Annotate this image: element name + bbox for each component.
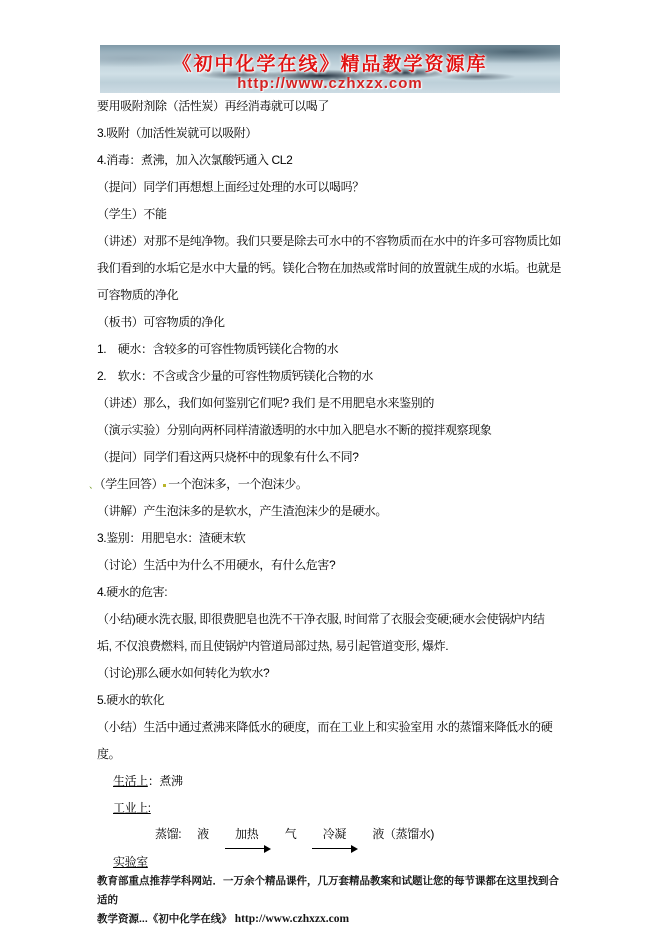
underlined-text-run: 实验室 — [113, 855, 148, 869]
document-line: （讨论）生活中为什么不用硬水，有什么危害? — [97, 552, 567, 579]
document-line: （小结)硬水洗衣服, 即很费肥皂也洗不干净衣服, 时间常了衣服会变硬;硬水会使锅… — [97, 606, 567, 633]
document-line: （讨论)那么硬水如何转化为软水? — [97, 660, 567, 687]
document-line: 垢, 不仅浪费燃料, 而且使锅炉内管道局部过热, 易引起管道变形, 爆炸. — [97, 633, 567, 660]
text-run: 3.鉴别：用肥皂水：渣硬末软 — [97, 531, 245, 545]
text-run: （演示实验）分别向两杯同样清澈透明的水中加入肥皂水不断的搅拌观察现象 — [97, 423, 491, 437]
document-line: 要用吸附剂除（活性炭）再经消毒就可以喝了 — [97, 93, 567, 120]
document-line: 4.硬水的危害: — [97, 579, 567, 606]
text-run: 我们看到的水垢它是水中大量的钙。镁化合物在加热或常时间的放置就生成的水垢。也就是 — [97, 261, 561, 275]
distill-step: 冷凝 — [312, 827, 356, 849]
document-line: （讲述）那么，我们如何鉴别它们呢? 我们 是不用肥皂水来鉴别的 — [97, 390, 567, 417]
document-line: 1. 硬水：含较多的可容性物质钙镁化合物的水 — [97, 336, 567, 363]
document-line: （学生）不能 — [97, 201, 567, 228]
site-banner-image: 《初中化学在线》精品教学资源库 http://www.czhxzx.com — [100, 45, 560, 93]
right-arrow-icon — [312, 848, 356, 849]
document-line: （提问）同学们再想想上面经过处理的水可以喝吗？ — [97, 174, 567, 201]
document-line: 3.鉴别：用肥皂水：渣硬末软 — [97, 525, 567, 552]
underlined-text-run: 生活上 — [113, 774, 148, 788]
text-run: ：煮沸 — [148, 774, 183, 788]
footer-line-2: 教学资源...《初中化学在线》 http://www.czhxzx.com — [97, 910, 569, 929]
distill-state-label: 气 — [285, 827, 297, 842]
document-line: 3.吸附（加活性炭就可以吸附） — [97, 120, 567, 147]
document-line: （讲述）对那不是纯净物。我们只要是除去可水中的不容物质而在水中的许多可容物质比如 — [97, 228, 567, 255]
text-run: （提问）同学们再想想上面经过处理的水可以喝吗？ — [97, 180, 364, 194]
banner-title: 《初中化学在线》精品教学资源库 — [100, 49, 560, 76]
distillation-flow-line: 蒸馏:液加热气冷凝液（蒸馏水) — [97, 822, 567, 849]
document-line: 5.硬水的软化 — [97, 687, 567, 714]
text-run: 4.硬水的危害: — [97, 585, 167, 599]
text-run: （小结)硬水洗衣服, 即很费肥皂也洗不干净衣服, 时间常了衣服会变硬;硬水会使锅… — [97, 612, 544, 626]
green-annotation-mark: 、 — [89, 480, 98, 490]
text-run: （讲述）那么，我们如何鉴别它们呢? 我们 是不用肥皂水来鉴别的 — [97, 396, 434, 410]
document-body: 要用吸附剂除（活性炭）再经消毒就可以喝了3.吸附（加活性炭就可以吸附）4.消毒：… — [97, 93, 567, 876]
text-run: （小结）生活中通过煮沸来降低水的硬度，而在工业上和实验室用 水的蒸馏来降低水的硬 — [97, 720, 552, 734]
document-line: （板书）可容物质的净化 — [97, 309, 567, 336]
text-run: （讨论）生活中为什么不用硬水，有什么危害? — [97, 558, 335, 572]
text-run: （板书）可容物质的净化 — [97, 315, 225, 329]
document-line: 、（学生回答）一个泡沫多，一个泡沫少。 — [97, 471, 567, 498]
text-run: （讨论)那么硬水如何转化为软水? — [97, 666, 269, 680]
document-line: 工业上: — [97, 795, 567, 822]
yellow-dot-mark — [163, 484, 166, 487]
document-line: （演示实验）分别向两杯同样清澈透明的水中加入肥皂水不断的搅拌观察现象 — [97, 417, 567, 444]
text-run: （讲解）产生泡沫多的是软水，产生渣泡沫少的是硬水。 — [97, 504, 387, 518]
text-run: 2. 软水：不含或含少量的可容性物质钙镁化合物的水 — [97, 369, 373, 383]
text-run: （提问）同学们看这两只烧杯中的现象有什么不同? — [97, 450, 358, 464]
document-line: 4.消毒：煮沸，加入次氯酸钙通入 CL2 — [97, 147, 567, 174]
text-run: （讲述）对那不是纯净物。我们只要是除去可水中的不容物质而在水中的许多可容物质比如 — [97, 234, 561, 248]
footer-site-url: http://www.czhxzx.com — [235, 913, 349, 925]
text-run: 一个泡沫多，一个泡沫少。 — [168, 477, 307, 491]
text-run: 1. 硬水：含较多的可容性物质钙镁化合物的水 — [97, 342, 338, 356]
footer-line-1: 教育部重点推荐学科网站．一万余个精品课件，几万套精品教案和试题让您的每节课都在这… — [97, 872, 569, 910]
distill-step-label: 冷凝 — [323, 827, 346, 842]
distill-step: 加热 — [225, 827, 269, 849]
footer-line-2-text: 教学资源...《初中化学在线》 — [97, 913, 232, 925]
text-run: 可容物质的净化 — [97, 288, 178, 302]
document-line: 可容物质的净化 — [97, 282, 567, 309]
distill-state-label: 液（蒸馏水) — [372, 827, 434, 842]
text-run: 4.消毒：煮沸，加入次氯酸钙通入 CL2 — [97, 153, 292, 167]
banner-url: http://www.czhxzx.com — [100, 75, 560, 92]
underlined-text-run: 工业上: — [113, 801, 151, 815]
text-run: （学生）不能 — [97, 207, 167, 221]
text-run: 3.吸附（加活性炭就可以吸附） — [97, 126, 257, 140]
text-run: 垢, 不仅浪费燃料, 而且使锅炉内管道局部过热, 易引起管道变形, 爆炸. — [97, 639, 448, 653]
document-line: 2. 软水：不含或含少量的可容性物质钙镁化合物的水 — [97, 363, 567, 390]
document-line: 度。 — [97, 741, 567, 768]
distill-state-label: 液 — [197, 827, 209, 842]
text-run: 5.硬水的软化 — [97, 693, 164, 707]
document-footer: 教育部重点推荐学科网站．一万余个精品课件，几万套精品教案和试题让您的每节课都在这… — [97, 872, 569, 929]
document-line: 我们看到的水垢它是水中大量的钙。镁化合物在加热或常时间的放置就生成的水垢。也就是 — [97, 255, 567, 282]
right-arrow-icon — [225, 848, 269, 849]
document-line: 生活上：煮沸 — [97, 768, 567, 795]
document-line: （小结）生活中通过煮沸来降低水的硬度，而在工业上和实验室用 水的蒸馏来降低水的硬 — [97, 714, 567, 741]
text-run: （学生回答） — [100, 477, 164, 491]
distill-label: 蒸馏: — [155, 827, 181, 842]
text-run: 度。 — [97, 747, 120, 761]
text-run: 要用吸附剂除（活性炭）再经消毒就可以喝了 — [97, 99, 329, 113]
document-line: （提问）同学们看这两只烧杯中的现象有什么不同? — [97, 444, 567, 471]
distill-step-label: 加热 — [235, 827, 258, 842]
document-line: （讲解）产生泡沫多的是软水，产生渣泡沫少的是硬水。 — [97, 498, 567, 525]
